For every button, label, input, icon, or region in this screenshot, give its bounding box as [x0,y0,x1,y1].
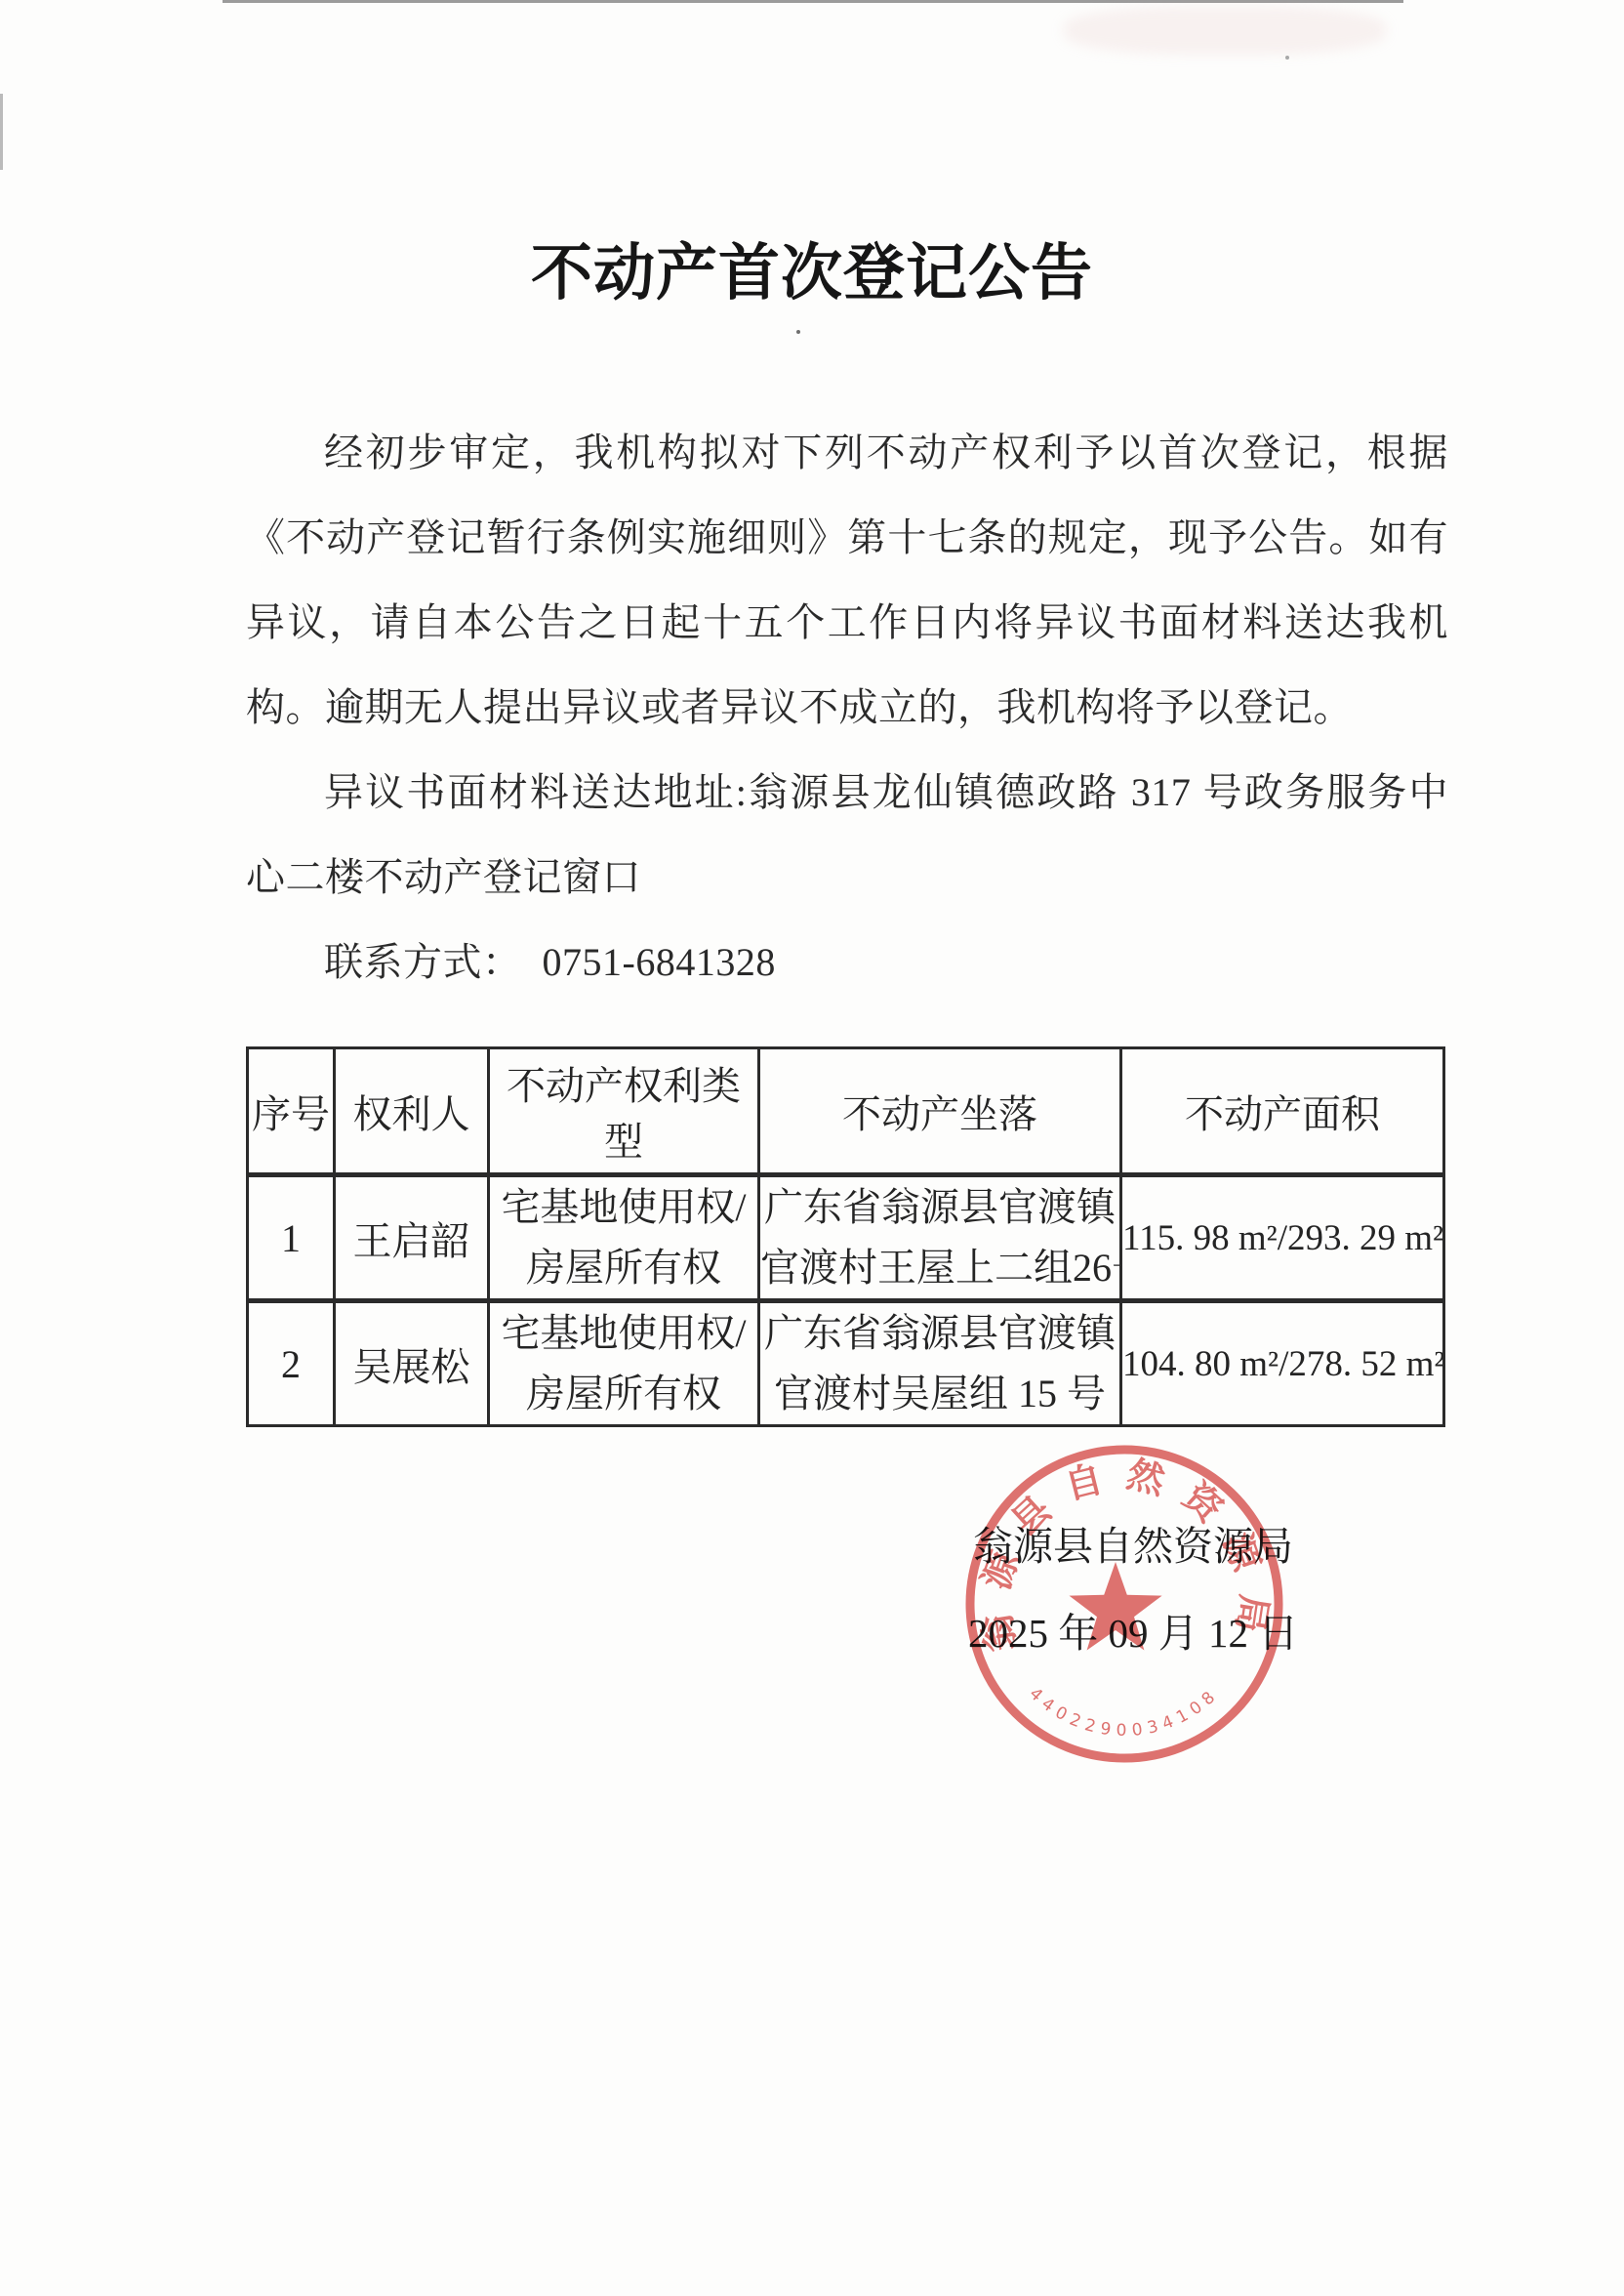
stamp-graphic: 翁源县自然资源局 4402290034108 [958,1438,1290,1770]
announcement-body: 经初步审定，我机构拟对下列不动产权利予以首次登记，根据 《不动产登记暂行条例实施… [246,410,1448,1004]
stamp-star-icon [1070,1562,1162,1651]
col-header-location: 不动产坐落 [759,1048,1121,1175]
cell-location: 广东省翁源县官渡镇 官渡村吴屋组 15 号 [759,1301,1121,1426]
col-header-holder: 权利人 [335,1048,489,1175]
body-line: 心二楼不动产登记窗口 [246,835,1448,920]
cell-line: 广东省翁源县官渡镇 [760,1177,1119,1238]
scan-smudge [1064,6,1386,55]
cell-line: 房屋所有权 [490,1364,757,1424]
cell-right-type: 宅基地使用权/ 房屋所有权 [489,1175,759,1301]
cell-seq: 1 [248,1175,335,1301]
cell-holder: 吴展松 [335,1301,489,1426]
col-header-seq: 序号 [248,1048,335,1175]
cell-area: 115. 98 m²/293. 29 m² [1121,1175,1444,1301]
registration-table: 序号 权利人 不动产权利类型 不动产坐落 不动产面积 1 王启韶 宅基地使用权/… [246,1046,1445,1427]
cell-line: 广东省翁源县官渡镇 [760,1303,1119,1364]
contact-line: 联系方式： 0751-6841328 [246,920,1448,1004]
official-red-stamp: 翁源县自然资源局 4402290034108 [958,1438,1290,1770]
col-header-area: 不动产面积 [1121,1048,1444,1175]
announcement-document-page: 不动产首次登记公告 经初步审定，我机构拟对下列不动产权利予以首次登记，根据 《不… [0,0,1624,2296]
body-line: 经初步审定，我机构拟对下列不动产权利予以首次登记，根据 [246,410,1448,495]
cell-right-type: 宅基地使用权/ 房屋所有权 [489,1301,759,1426]
scan-artifact-left-edge [0,94,3,170]
col-header-right-type: 不动产权利类型 [489,1048,759,1175]
body-line: 《不动产登记暂行条例实施细则》第十七条的规定，现予公告。如有 [246,495,1448,580]
cell-line: 房屋所有权 [490,1238,757,1298]
scan-speck [796,330,800,334]
cell-area: 104. 80 m²/278. 52 m² [1121,1301,1444,1426]
cell-line: 官渡村王屋上二组26号 [760,1238,1119,1298]
cell-seq: 2 [248,1301,335,1426]
scan-artifact-top-edge [223,0,1403,3]
table-row: 2 吴展松 宅基地使用权/ 房屋所有权 广东省翁源县官渡镇 官渡村吴屋组 15 … [248,1301,1444,1426]
page-title: 不动产首次登记公告 [213,237,1411,309]
cell-holder: 王启韶 [335,1175,489,1301]
cell-line: 宅基地使用权/ [490,1177,757,1238]
stamp-serial-number: 4402290034108 [1026,1684,1224,1741]
cell-line: 官渡村吴屋组 15 号 [760,1364,1119,1424]
body-line: 异议，请自本公告之日起十五个工作日内将异议书面材料送达我机 [246,580,1448,665]
cell-line: 宅基地使用权/ [490,1303,757,1364]
body-line: 异议书面材料送达地址:翁源县龙仙镇德政路 317 号政务服务中 [246,750,1448,835]
scan-speck [1285,56,1289,60]
table-header-row: 序号 权利人 不动产权利类型 不动产坐落 不动产面积 [248,1048,1444,1175]
cell-location: 广东省翁源县官渡镇 官渡村王屋上二组26号 [759,1175,1121,1301]
table-row: 1 王启韶 宅基地使用权/ 房屋所有权 广东省翁源县官渡镇 官渡村王屋上二组26… [248,1175,1444,1301]
body-line: 构。逾期无人提出异议或者异议不成立的，我机构将予以登记。 [246,665,1448,750]
